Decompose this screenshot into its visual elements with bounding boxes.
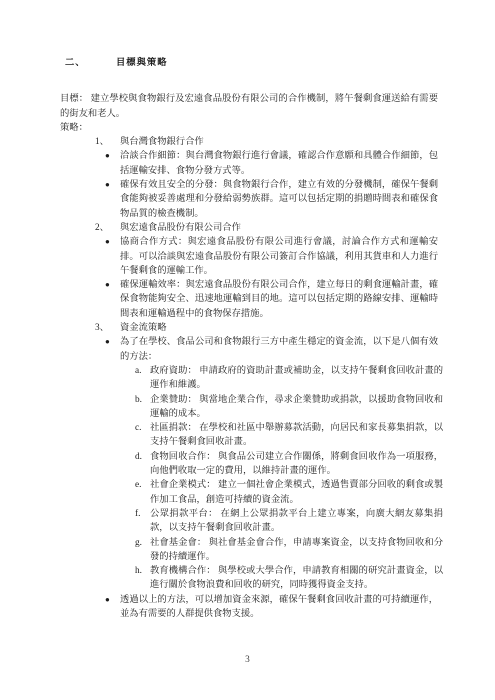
- section-title: 目標與策略: [116, 58, 168, 68]
- method-h-label: h.: [135, 564, 150, 593]
- method-a-label: a.: [135, 364, 150, 393]
- bullet-icon: ●: [105, 235, 120, 278]
- bullet-text: 確保有效且安全的分發：與食物銀行合作，建立有效的分發機制，確保午餐剩食能夠被妥善…: [120, 178, 438, 221]
- bullet-item: ● 洽談合作細節：與台灣食物銀行進行會議，確認合作意願和具體合作細節，包括運輸安…: [105, 149, 438, 178]
- bullet-item: ● 確保有效且安全的分發：與食物銀行合作，建立有效的分發機制，確保午餐剩食能夠被…: [105, 178, 438, 221]
- strategy-1-number: 1、: [95, 135, 120, 149]
- strategy-1-title: 與台灣食物銀行合作: [120, 137, 204, 147]
- method-c-label: c.: [135, 421, 150, 450]
- method-e-text: 社會企業模式： 建立一個社會企業模式，透過售賣部分回收的剩食或製作加工食品，創造…: [150, 478, 443, 507]
- section-heading: 二、目標與策略: [65, 56, 495, 70]
- method-h-text: 教育機構合作： 與學校或大學合作，申請教育相關的研究計畫資金，以進行關於食物浪費…: [150, 564, 443, 593]
- bullet-item: ● 為了在學校、食品公司和食物銀行三方中產生穩定的資金流，以下是八個有效的方法：: [105, 335, 438, 364]
- bullet-text: 協商合作方式：與宏遠食品股份有限公司進行會議，討論合作方式和運輸安排。可以洽談與…: [120, 235, 438, 278]
- method-item-c: c. 社區捐款： 在學校和社區中舉辦募款活動，向居民和家長募集捐款，以支持午餐剩…: [135, 421, 443, 450]
- document-page: 二、目標與策略 目標： 建立學校與食物銀行及宏遠食品股份有限公司的合作機制，將午…: [0, 0, 495, 700]
- strategy-label: 策略：: [60, 121, 438, 135]
- strategy-item-3: 3、資金流策略: [95, 321, 495, 335]
- method-b-label: b.: [135, 393, 150, 422]
- method-item-b: b. 企業贊助： 與當地企業合作，尋求企業贊助或捐款，以援助食物回收和運輸的成本…: [135, 393, 443, 422]
- method-g-text: 社會基金會： 與社會基金會合作，申請專案資金，以支持食物回收和分發的持續運作。: [150, 536, 443, 565]
- strategy-2-title: 與宏遠食品股份有限公司合作: [120, 223, 241, 233]
- strategy-item-2: 2、與宏遠食品股份有限公司合作: [95, 221, 495, 235]
- bullet-icon: ●: [105, 149, 120, 178]
- bullet-item: ● 透過以上的方法，可以增加資金來源，確保午餐剩食回收計畫的可持續運作，並為有需…: [105, 593, 438, 622]
- method-g-label: g.: [135, 536, 150, 565]
- strategy-3-title: 資金流策略: [120, 323, 167, 333]
- bullet-icon: ●: [105, 593, 120, 622]
- bullet-text: 確保運輸效率：與宏遠食品股份有限公司合作，建立每日的剩食運輸計畫，確保食物能夠安…: [120, 278, 438, 321]
- bullet-text: 洽談合作細節：與台灣食物銀行進行會議，確認合作意願和具體合作細節，包括運輸安排、…: [120, 149, 438, 178]
- bullet-text: 為了在學校、食品公司和食物銀行三方中產生穩定的資金流，以下是八個有效的方法：: [120, 335, 438, 364]
- method-item-h: h. 教育機構合作： 與學校或大學合作，申請教育相關的研究計畫資金，以進行關於食…: [135, 564, 443, 593]
- goal-paragraph: 目標： 建立學校與食物銀行及宏遠食品股份有限公司的合作機制，將午餐剩食運送給有需…: [60, 92, 438, 121]
- bullet-icon: ●: [105, 335, 120, 364]
- method-item-g: g. 社會基金會： 與社會基金會合作，申請專案資金，以支持食物回收和分發的持續運…: [135, 536, 443, 565]
- section-number: 二、: [65, 56, 116, 70]
- method-f-label: f.: [135, 507, 150, 536]
- strategy-2-number: 2、: [95, 221, 120, 235]
- method-d-text: 食物回收合作： 與食品公司建立合作關係，將剩食回收作為一項服務，向他們收取一定的…: [150, 450, 443, 479]
- bullet-item: ● 確保運輸效率：與宏遠食品股份有限公司合作，建立每日的剩食運輸計畫，確保食物能…: [105, 278, 438, 321]
- method-f-text: 公眾捐款平台： 在網上公眾捐款平台上建立專案，向廣大網友募集捐款，以支持午餐剩食…: [150, 507, 443, 536]
- method-c-text: 社區捐款： 在學校和社區中舉辦募款活動，向居民和家長募集捐款，以支持午餐剩食回收…: [150, 421, 443, 450]
- method-item-e: e. 社會企業模式： 建立一個社會企業模式，透過售賣部分回收的剩食或製作加工食品…: [135, 478, 443, 507]
- bullet-icon: ●: [105, 278, 120, 321]
- bullet-icon: ●: [105, 178, 120, 221]
- page-number: 3: [0, 653, 495, 667]
- method-item-d: d. 食物回收合作： 與食品公司建立合作關係，將剩食回收作為一項服務，向他們收取…: [135, 450, 443, 479]
- method-d-label: d.: [135, 450, 150, 479]
- strategy-3-number: 3、: [95, 321, 120, 335]
- method-item-a: a. 政府資助： 申請政府的資助計畫或補助金，以支持午餐剩食回收計畫的運作和維護…: [135, 364, 443, 393]
- method-e-label: e.: [135, 478, 150, 507]
- method-item-f: f. 公眾捐款平台： 在網上公眾捐款平台上建立專案，向廣大網友募集捐款，以支持午…: [135, 507, 443, 536]
- bullet-text: 透過以上的方法，可以增加資金來源，確保午餐剩食回收計畫的可持續運作，並為有需要的…: [120, 593, 438, 622]
- strategy-item-1: 1、與台灣食物銀行合作: [95, 135, 495, 149]
- bullet-item: ● 協商合作方式：與宏遠食品股份有限公司進行會議，討論合作方式和運輸安排。可以洽…: [105, 235, 438, 278]
- method-a-text: 政府資助： 申請政府的資助計畫或補助金，以支持午餐剩食回收計畫的運作和維護。: [150, 364, 443, 393]
- method-b-text: 企業贊助： 與當地企業合作，尋求企業贊助或捐款，以援助食物回收和運輸的成本。: [150, 393, 443, 422]
